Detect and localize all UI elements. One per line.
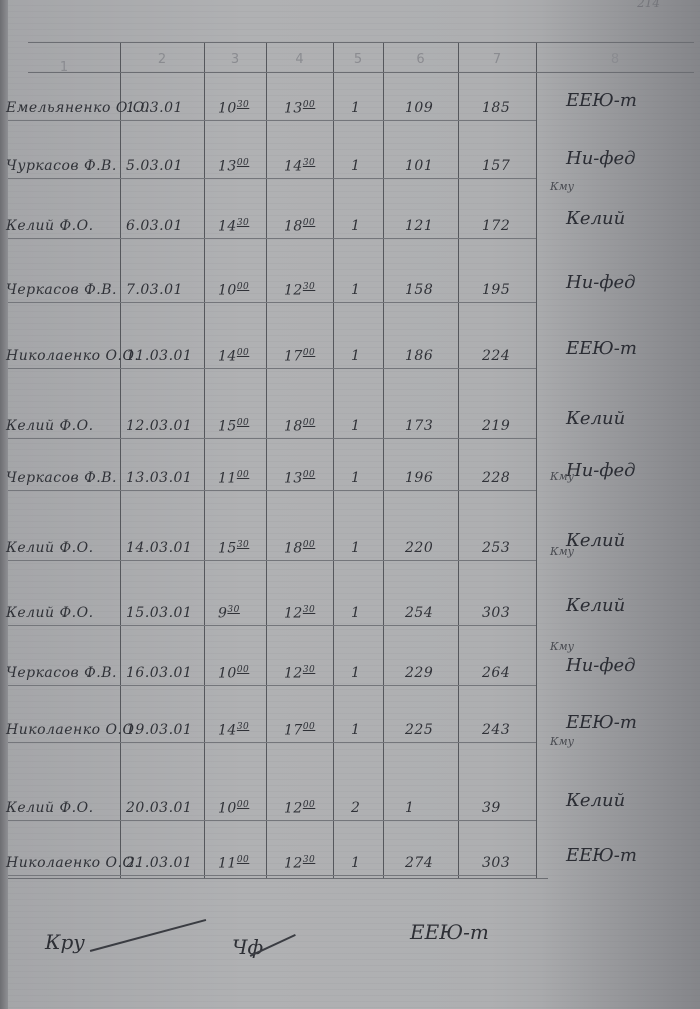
start-minute: 00 [237,855,249,865]
cell-signature: Келий [566,595,625,616]
start-minute: 30 [227,605,239,615]
cell-count: 1 [351,605,360,621]
cell-from: 274 [405,855,433,871]
cell-count: 1 [351,100,360,116]
cell-signature: Ни-фед [566,272,636,293]
cell-from: 196 [405,470,433,486]
cell-to: 303 [482,855,510,871]
signature-flourish [90,919,206,952]
cell-name: Николаенко О.О. [6,722,139,738]
signature-mark: Кму [550,470,574,483]
cell-start-time: 1000 [218,282,249,299]
end-minute: 00 [303,418,315,428]
cell-end-time: 1230 [284,665,315,682]
cell-date: 15.03.01 [126,605,192,621]
signature-mark: Кму [550,545,574,558]
cell-name: Келий Ф.О. [6,605,94,621]
end-hour: 13 [284,101,303,117]
start-minute: 00 [237,282,249,292]
start-minute: 30 [237,100,249,110]
cell-end-time: 1800 [284,218,315,235]
cell-end-time: 1230 [284,282,315,299]
start-minute: 30 [237,722,249,732]
cell-signature: Ни-фед [566,148,636,169]
cell-signature: Келий [566,530,625,551]
cell-date: 20.03.01 [126,800,192,816]
end-hour: 12 [284,856,303,872]
row-rule [8,120,536,121]
cell-signature: Келий [566,408,625,429]
cell-date: 1.03.01 [126,100,183,116]
cell-from: 158 [405,282,433,298]
column-divider [383,42,384,878]
row-rule [8,685,536,686]
column-header-3: 3 [204,52,266,67]
cell-start-time: 1100 [218,470,249,487]
start-hour: 11 [218,856,237,872]
row-rule [8,875,536,876]
cell-signature: ЕЕЮ-т [566,90,637,111]
cell-start-time: 1100 [218,855,249,872]
cell-end-time: 1700 [284,722,315,739]
start-hour: 14 [218,349,237,365]
signature-mark: Кму [550,735,574,748]
cell-count: 1 [351,722,360,738]
cell-count: 1 [351,282,360,298]
end-minute: 30 [303,605,315,615]
cell-date: 7.03.01 [126,282,183,298]
cell-to: 264 [482,665,510,681]
start-minute: 00 [237,665,249,675]
column-divider [120,42,121,878]
cell-count: 1 [351,348,360,364]
cell-count: 1 [351,418,360,434]
cell-to: 303 [482,605,510,621]
cell-date: 21.03.01 [126,855,192,871]
cell-start-time: 1430 [218,218,249,235]
end-hour: 18 [284,219,303,235]
start-hour: 15 [218,419,237,435]
cell-to: 172 [482,218,510,234]
cell-end-time: 1800 [284,540,315,557]
cell-start-time: 1300 [218,158,249,175]
cell-from: 254 [405,605,433,621]
footer-signature: Кру [45,930,85,954]
row-rule [8,438,536,439]
end-minute: 00 [303,218,315,228]
end-minute: 30 [303,158,315,168]
end-minute: 30 [303,282,315,292]
start-hour: 10 [218,101,237,117]
table-bottom-rule [8,878,548,879]
start-hour: 10 [218,801,237,817]
end-hour: 18 [284,541,303,557]
end-hour: 14 [284,159,303,175]
column-divider [458,42,459,878]
start-hour: 15 [218,541,237,557]
cell-end-time: 1700 [284,348,315,365]
row-rule [8,178,536,179]
cell-start-time: 930 [218,605,240,622]
start-hour: 10 [218,666,237,682]
row-rule [8,368,536,369]
footer-signature: ЕЕЮ-т [410,920,489,944]
cell-end-time: 1430 [284,158,315,175]
end-hour: 17 [284,349,303,365]
cell-date: 16.03.01 [126,665,192,681]
row-rule [8,238,536,239]
end-hour: 12 [284,606,303,622]
cell-date: 13.03.01 [126,470,192,486]
cell-end-time: 1800 [284,418,315,435]
row-rule [8,742,536,743]
end-hour: 12 [284,801,303,817]
cell-name: Николаенко О.О. [6,855,139,871]
start-minute: 00 [237,418,249,428]
cell-signature: Ни-фед [566,460,636,481]
end-hour: 12 [284,283,303,299]
cell-from: 109 [405,100,433,116]
cell-name: Келий Ф.О. [6,218,94,234]
cell-signature: ЕЕЮ-т [566,712,637,733]
cell-name: Чуркасов Ф.В. [6,158,117,174]
end-minute: 00 [303,540,315,550]
cell-signature: ЕЕЮ-т [566,845,637,866]
cell-from: 229 [405,665,433,681]
end-hour: 17 [284,723,303,739]
cell-end-time: 1230 [284,605,315,622]
cell-from: 186 [405,348,433,364]
cell-date: 19.03.01 [126,722,192,738]
end-minute: 00 [303,100,315,110]
cell-start-time: 1500 [218,418,249,435]
column-header-7: 7 [458,52,536,67]
end-minute: 00 [303,722,315,732]
end-hour: 18 [284,419,303,435]
cell-date: 11.03.01 [126,348,192,364]
cell-to: 39 [482,800,501,816]
start-minute: 30 [237,218,249,228]
row-rule [8,560,536,561]
cell-end-time: 1230 [284,855,315,872]
cell-from: 173 [405,418,433,434]
column-divider [536,42,537,878]
end-hour: 13 [284,471,303,487]
start-minute: 00 [237,800,249,810]
logbook-page: 214 12345678Емельяненко О.О.1.03.0110301… [0,0,700,1009]
end-minute: 00 [303,348,315,358]
cell-name: Николаенко О.О. [6,348,139,364]
cell-count: 1 [351,665,360,681]
cell-date: 6.03.01 [126,218,183,234]
cell-signature: Келий [566,790,625,811]
cell-to: 228 [482,470,510,486]
column-header-1: 1 [8,60,120,75]
cell-to: 219 [482,418,510,434]
cell-signature: ЕЕЮ-т [566,338,637,359]
column-divider [333,42,334,878]
cell-start-time: 1400 [218,348,249,365]
cell-start-time: 1030 [218,100,249,117]
footer-signature: Чф [232,935,263,959]
cell-end-time: 1300 [284,470,315,487]
cell-name: Келий Ф.О. [6,800,94,816]
start-minute: 00 [237,348,249,358]
start-minute: 00 [237,158,249,168]
column-divider [266,42,267,878]
row-rule [8,490,536,491]
row-rule [8,625,536,626]
column-header-4: 4 [266,52,333,67]
end-hour: 12 [284,666,303,682]
cell-to: 243 [482,722,510,738]
cell-to: 253 [482,540,510,556]
cell-from: 220 [405,540,433,556]
cell-name: Черкасов Ф.В. [6,470,117,486]
start-hour: 13 [218,159,237,175]
row-rule [8,820,536,821]
cell-from: 1 [405,800,414,816]
column-header-8: 8 [536,52,694,67]
column-header-6: 6 [383,52,458,67]
column-header-2: 2 [120,52,204,67]
start-hour: 10 [218,283,237,299]
cell-date: 5.03.01 [126,158,183,174]
cell-signature: Келий [566,208,625,229]
cell-count: 1 [351,540,360,556]
cell-count: 1 [351,470,360,486]
row-rule [8,302,536,303]
cell-end-time: 1300 [284,100,315,117]
cell-to: 185 [482,100,510,116]
end-minute: 30 [303,855,315,865]
cell-date: 12.03.01 [126,418,192,434]
cell-name: Черкасов Ф.В. [6,665,117,681]
cell-name: Келий Ф.О. [6,540,94,556]
start-minute: 00 [237,470,249,480]
end-minute: 00 [303,470,315,480]
cell-start-time: 1430 [218,722,249,739]
cell-start-time: 1530 [218,540,249,557]
start-minute: 30 [237,540,249,550]
end-minute: 00 [303,800,315,810]
cell-count: 2 [351,800,360,816]
cell-date: 14.03.01 [126,540,192,556]
header-rule [28,72,694,73]
start-hour: 9 [218,606,227,622]
cell-count: 1 [351,158,360,174]
column-divider [204,42,205,878]
header-rule [28,42,694,43]
cell-signature: Ни-фед [566,655,636,676]
cell-to: 224 [482,348,510,364]
cell-to: 157 [482,158,510,174]
start-hour: 14 [218,723,237,739]
cell-end-time: 1200 [284,800,315,817]
cell-name: Черкасов Ф.В. [6,282,117,298]
signature-mark: Кму [550,640,574,653]
start-hour: 11 [218,471,237,487]
cell-count: 1 [351,855,360,871]
cell-to: 195 [482,282,510,298]
column-header-5: 5 [333,52,383,67]
end-minute: 30 [303,665,315,675]
cell-from: 101 [405,158,433,174]
cell-count: 1 [351,218,360,234]
cell-from: 121 [405,218,433,234]
cell-name: Келий Ф.О. [6,418,94,434]
cell-start-time: 1000 [218,800,249,817]
cell-start-time: 1000 [218,665,249,682]
cell-from: 225 [405,722,433,738]
signature-mark: Кму [550,180,574,193]
start-hour: 14 [218,219,237,235]
